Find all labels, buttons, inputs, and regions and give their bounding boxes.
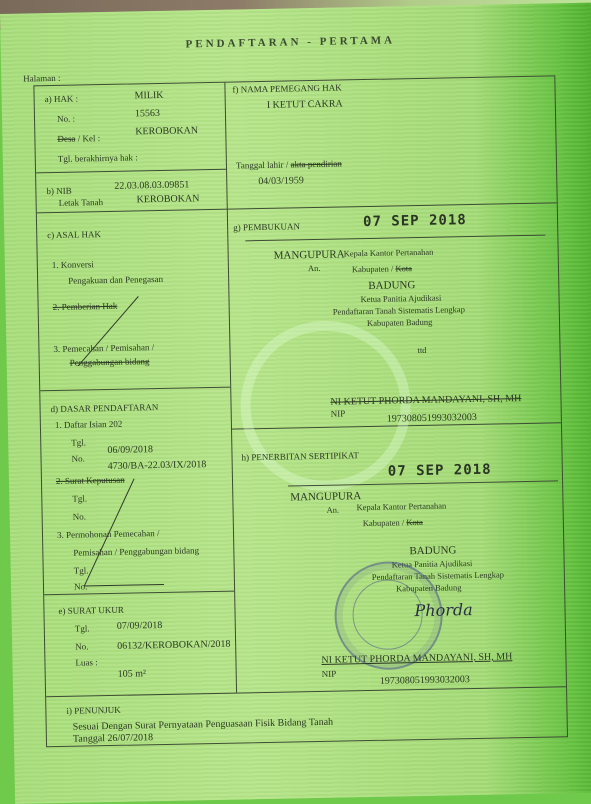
stamp-line — [245, 235, 545, 242]
row-divider — [37, 202, 557, 213]
pembukuan-committee-1: Ketua Panitia Ajudikasi — [360, 293, 441, 305]
dasar-heading: d) DASAR PENDAFTARAN — [50, 402, 158, 414]
form-grid: a) HAK : MILIK No. : 15563 Desa / Kel : … — [33, 75, 568, 747]
penerbitan-region: BADUNG — [409, 544, 456, 557]
hak-no-value: 15563 — [135, 108, 160, 119]
document-title: PENDAFTARAN - PERTAMA — [186, 34, 396, 50]
pembukuan-committee-2: Pendaftaran Tanah Sistematis Lengkap — [333, 304, 465, 317]
birth-value: 04/03/1959 — [258, 175, 304, 187]
asal-item-2: 2. Pemberian Hak — [53, 301, 118, 312]
pembukuan-region: BADUNG — [368, 279, 415, 292]
dasar-tgl3-label: Tgl. — [74, 565, 89, 575]
cancel-underline — [84, 584, 164, 587]
row-divider — [46, 686, 566, 697]
pembukuan-place: MANGUPURA — [274, 248, 345, 261]
pembukuan-committee-3: Kabupaten Badung — [367, 317, 433, 328]
pembukuan-nip-value: 197308051993032003 — [387, 412, 477, 425]
pembukuan-nip-label: NIP — [331, 408, 346, 418]
su-luas-value: 105 m² — [118, 668, 146, 680]
penerbitan-office-1: Kepala Kantor Pertanahan — [356, 501, 446, 513]
pembukuan-heading: g) PEMBUKUAN — [233, 221, 300, 232]
penerbitan-date-stamp: 07 SEP 2018 — [388, 462, 492, 480]
nib-value: 22.03.08.03.09851 — [114, 179, 189, 191]
pembukuan-date-stamp: 07 SEP 2018 — [363, 212, 467, 230]
desa-kel-label: Desa / Kel : — [57, 133, 100, 144]
dasar-tgl-value: 06/09/2018 — [107, 444, 153, 456]
asal-item-1-detail: Pengakuan dan Penegasan — [68, 274, 163, 286]
birth-label: Tanggal lahir / akta pendirian — [236, 158, 342, 170]
hak-value: MILIK — [134, 90, 163, 102]
dasar-item-1: 1. Daftar Isian 202 — [55, 419, 123, 430]
penerbitan-an: An. — [326, 505, 339, 515]
asal-item-1: 1. Konversi — [52, 259, 94, 270]
pembukuan-office-1: Kepala Kantor Pertanahan — [344, 247, 434, 259]
berakhir-label: Tgl. berakhirnya hak : — [58, 152, 138, 164]
su-no-label: No. — [75, 641, 88, 651]
penerbitan-nip-label: NIP — [322, 669, 337, 679]
dasar-tgl2-label: Tgl. — [72, 493, 87, 503]
pembukuan-ttd: ttd — [417, 345, 426, 355]
dasar-tgl-label: Tgl. — [71, 437, 86, 447]
row-divider — [44, 591, 234, 596]
su-luas-label: Luas : — [75, 657, 97, 667]
letak-label: Letak Tanah — [59, 197, 104, 208]
penerbitan-official-name: NI KETUT PHORDA MANDAYANI, SH, MH — [321, 651, 512, 666]
pembukuan-office-2: Kabupaten / Kota — [352, 263, 412, 274]
su-tgl-value: 07/09/2018 — [117, 620, 163, 632]
hak-label: a) HAK : — [45, 94, 79, 105]
penunjuk-line-1: Sesuai Dengan Surat Pernyataan Penguasaa… — [73, 717, 334, 733]
asal-hak-heading: c) ASAL HAK — [47, 229, 101, 240]
signature: Phorda — [414, 600, 472, 620]
pembukuan-official-name: NI KETUT PHORDA MANDAYANI, SH, MH — [330, 393, 521, 408]
su-no-value: 06132/KEROBOKAN/2018 — [117, 639, 231, 652]
dasar-no-value: 4730/BA-22.03/IX/2018 — [108, 459, 207, 472]
kel-value: KEROBOKAN — [135, 125, 198, 137]
pembukuan-an: An. — [308, 263, 321, 273]
certificate-page: PENDAFTARAN - PERTAMA Halaman : a) HAK :… — [0, 3, 591, 804]
row-divider — [40, 387, 230, 392]
penunjuk-heading: i) PENUNJUK — [66, 705, 120, 716]
surat-ukur-heading: e) SURAT UKUR — [58, 605, 124, 616]
garuda-emblem-icon — [352, 579, 423, 650]
hak-no-label: No. : — [57, 114, 75, 124]
nib-label: b) NIB — [46, 186, 71, 196]
dasar-no-label: No. — [71, 453, 84, 463]
penerbitan-place: MANGUPURA — [290, 490, 361, 503]
dasar-item-2: 2. Surat Keputusan — [56, 475, 125, 486]
dasar-no2-label: No. — [73, 511, 86, 521]
dasar-item-3-line2: Pemisahan / Penggabungan bidang — [73, 545, 199, 557]
penerbitan-nip-value: 197308051993032003 — [380, 674, 470, 687]
penerbitan-office-2: Kabupaten / Kota — [363, 517, 423, 528]
row-divider — [36, 169, 226, 174]
halaman-label: Halaman : — [23, 73, 60, 84]
asal-item-3: 3. Pemecahan / Pemisahan / — [53, 342, 154, 354]
penunjuk-line-2: Tanggal 26/07/2018 — [73, 732, 153, 745]
pemegang-name: I KETUT CAKRA — [267, 98, 343, 110]
su-tgl-label: Tgl. — [75, 623, 90, 633]
pemegang-heading: f) NAMA PEMEGANG HAK — [232, 82, 341, 94]
letak-value: KEROBOKAN — [136, 193, 199, 205]
